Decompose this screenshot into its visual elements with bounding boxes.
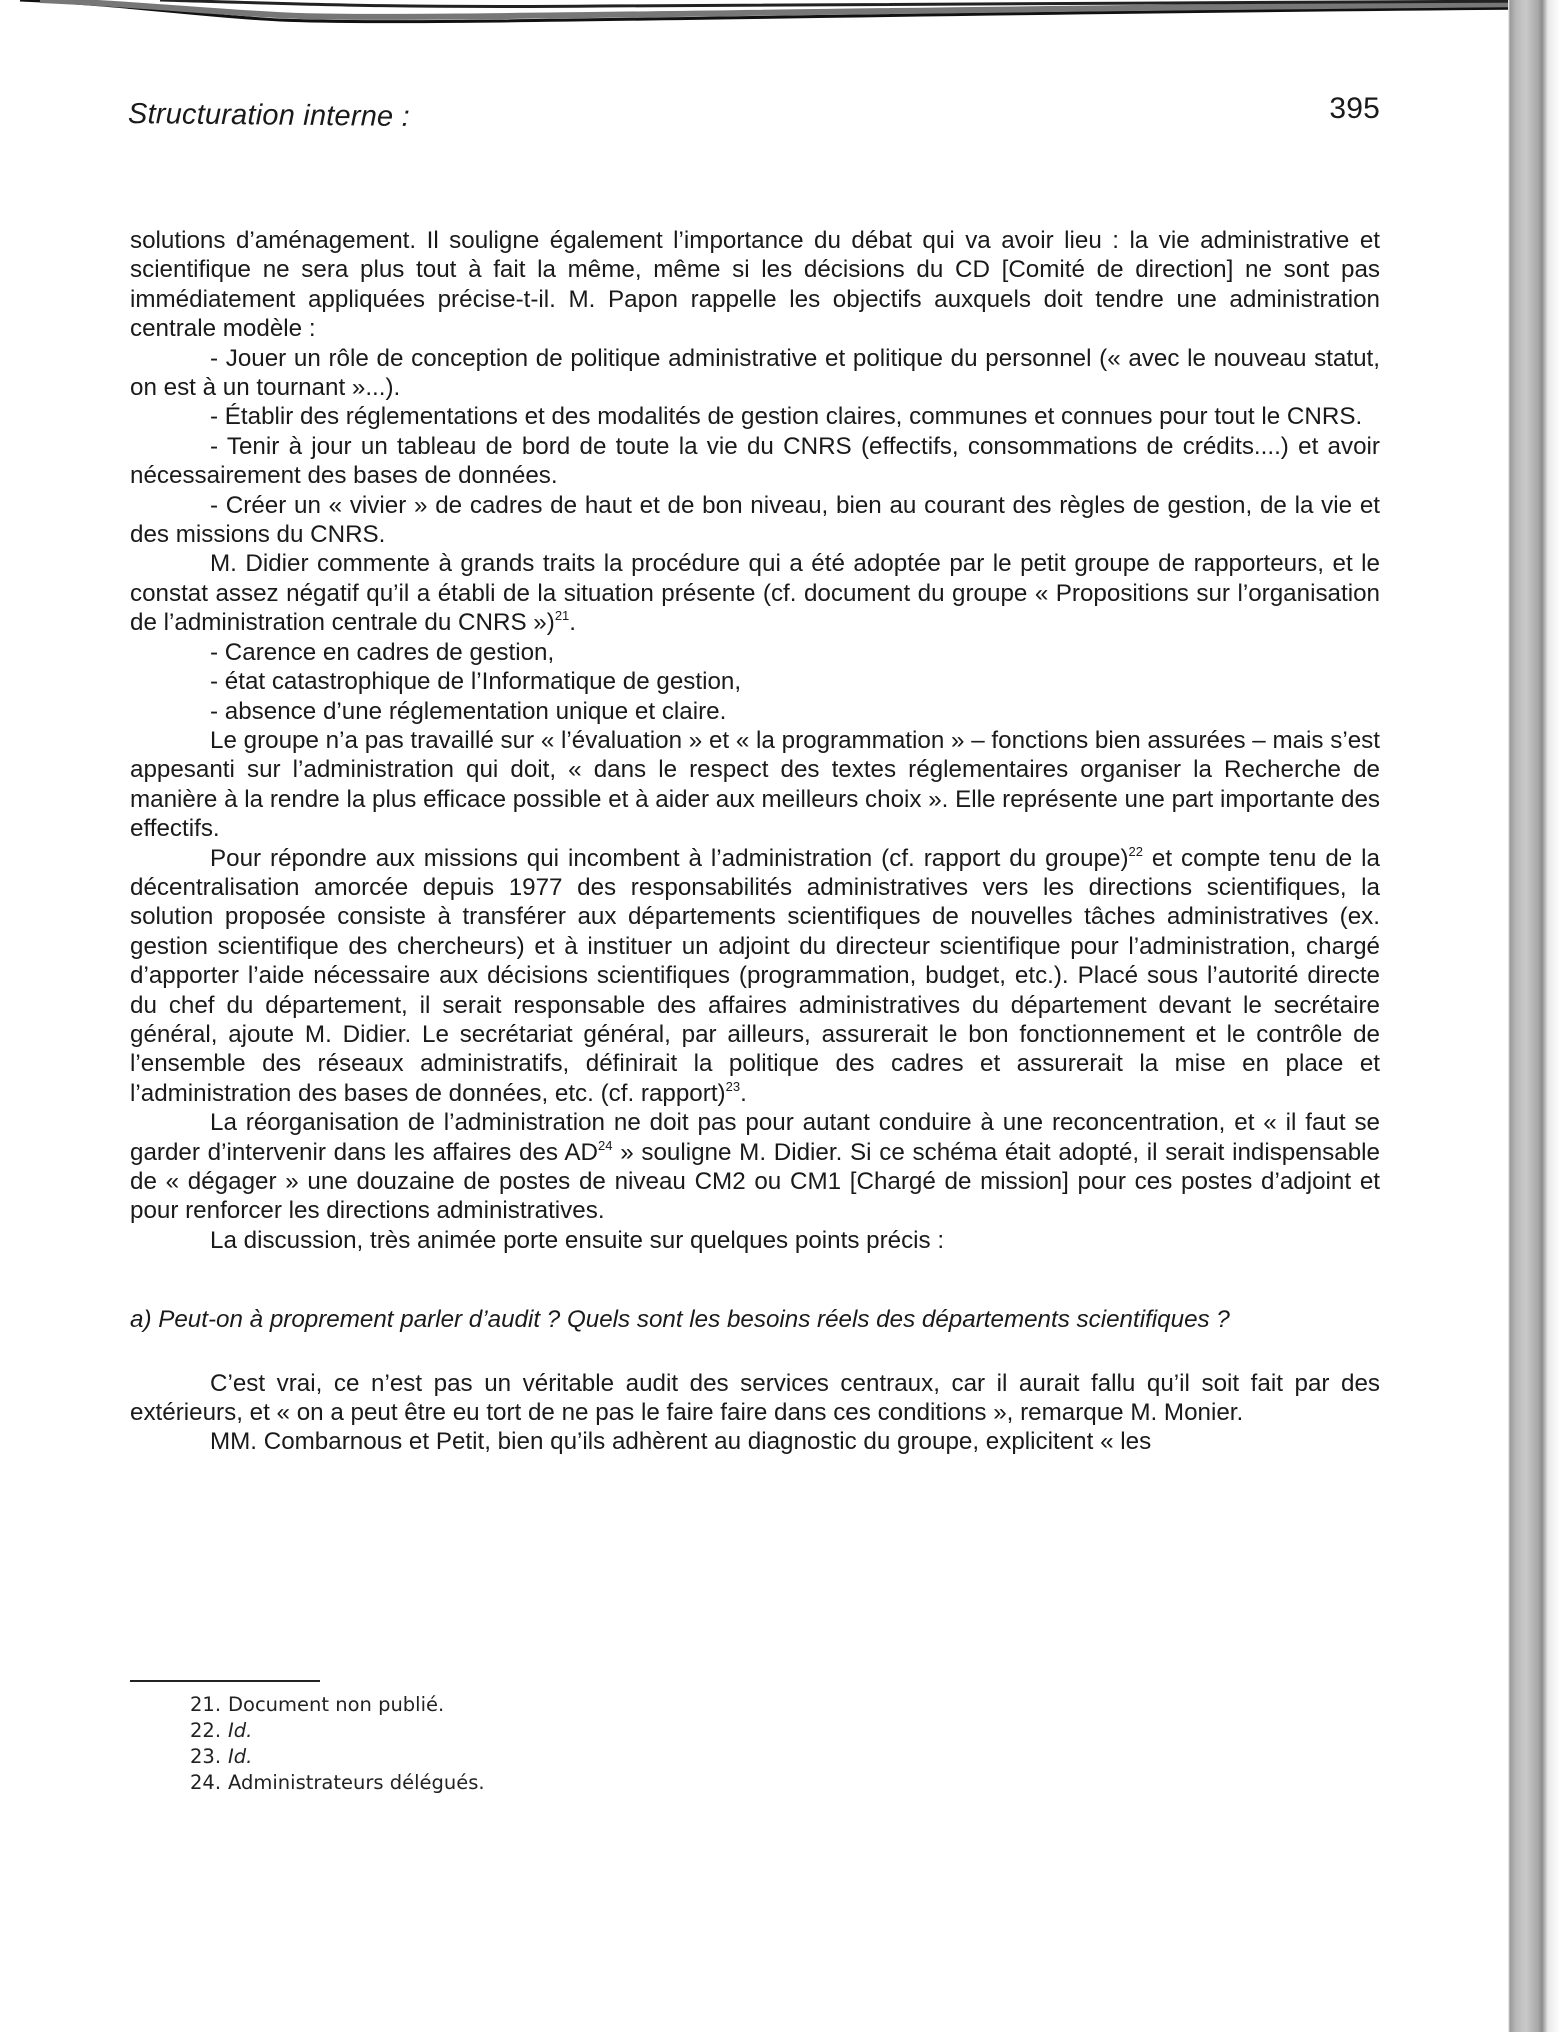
paragraph-text: . [740,1080,747,1107]
footnotes: 21. Document non publié. 22. Id. 23. Id.… [190,1692,485,1796]
section-heading: a) Peut-on à proprement parler d’audit ?… [130,1305,1380,1334]
objective-item: - Tenir à jour un tableau de bord de tou… [130,432,1380,491]
finding-item: - état catastrophique de l’Informatique … [130,667,1380,696]
footnote-ref[interactable]: 24 [598,1138,612,1153]
footnote-24: 24. Administrateurs délégués. [190,1770,485,1796]
objective-item: - Jouer un rôle de conception de politiq… [130,344,1380,403]
footnote-number: 23. [190,1744,228,1770]
footnote-text: Administrateurs délégués. [228,1770,485,1796]
footnote-text: Id. [228,1744,252,1770]
footnote-number: 22. [190,1718,228,1744]
paragraph: La réorganisation de l’administration ne… [130,1108,1380,1226]
paragraph: MM. Combarnous et Petit, bien qu’ils adh… [130,1427,1380,1456]
footnote-22: 22. Id. [190,1718,485,1744]
book-right-edge [1508,0,1560,2032]
footnote-23: 23. Id. [190,1744,485,1770]
footnote-number: 21. [190,1692,228,1718]
footnote-number: 24. [190,1770,228,1796]
paragraph: solutions d’aménagement. Il souligne éga… [130,226,1380,344]
footnote-divider [130,1680,320,1682]
footnote-ref[interactable]: 21 [555,608,569,623]
body-text: solutions d’aménagement. Il souligne éga… [130,226,1380,1457]
paragraph: La discussion, très animée porte ensuite… [130,1226,1380,1255]
paragraph-text: Pour répondre aux missions qui incombent… [210,845,1129,872]
page-number: 395 [1329,92,1380,126]
paragraph: C’est vrai, ce n’est pas un véritable au… [130,1369,1380,1428]
running-header: Structuration interne : 395 [128,98,1380,138]
footnote-text: Document non publié. [228,1692,444,1718]
footnote-21: 21. Document non publié. [190,1692,485,1718]
paragraph: M. Didier commente à grands traits la pr… [130,549,1380,637]
objective-item: - Établir des réglementations et des mod… [130,402,1380,431]
book-top-edge [0,0,1560,24]
finding-item: - absence d’une réglementation unique et… [130,697,1380,726]
objective-item: - Créer un « vivier » de cadres de haut … [130,491,1380,550]
paragraph-text: et compte tenu de la décentralisation am… [130,845,1380,1107]
footnote-text: Id. [228,1718,252,1744]
running-title: Structuration interne : [128,98,410,134]
paragraph: Le groupe n’a pas travaillé sur « l’éval… [130,726,1380,844]
finding-item: - Carence en cadres de gestion, [130,638,1380,667]
footnote-ref[interactable]: 23 [726,1079,740,1094]
paragraph-text: M. Didier commente à grands traits la pr… [130,550,1380,636]
paragraph: Pour répondre aux missions qui incombent… [130,844,1380,1109]
paragraph-text: . [569,609,576,636]
footnote-ref[interactable]: 22 [1129,844,1143,859]
